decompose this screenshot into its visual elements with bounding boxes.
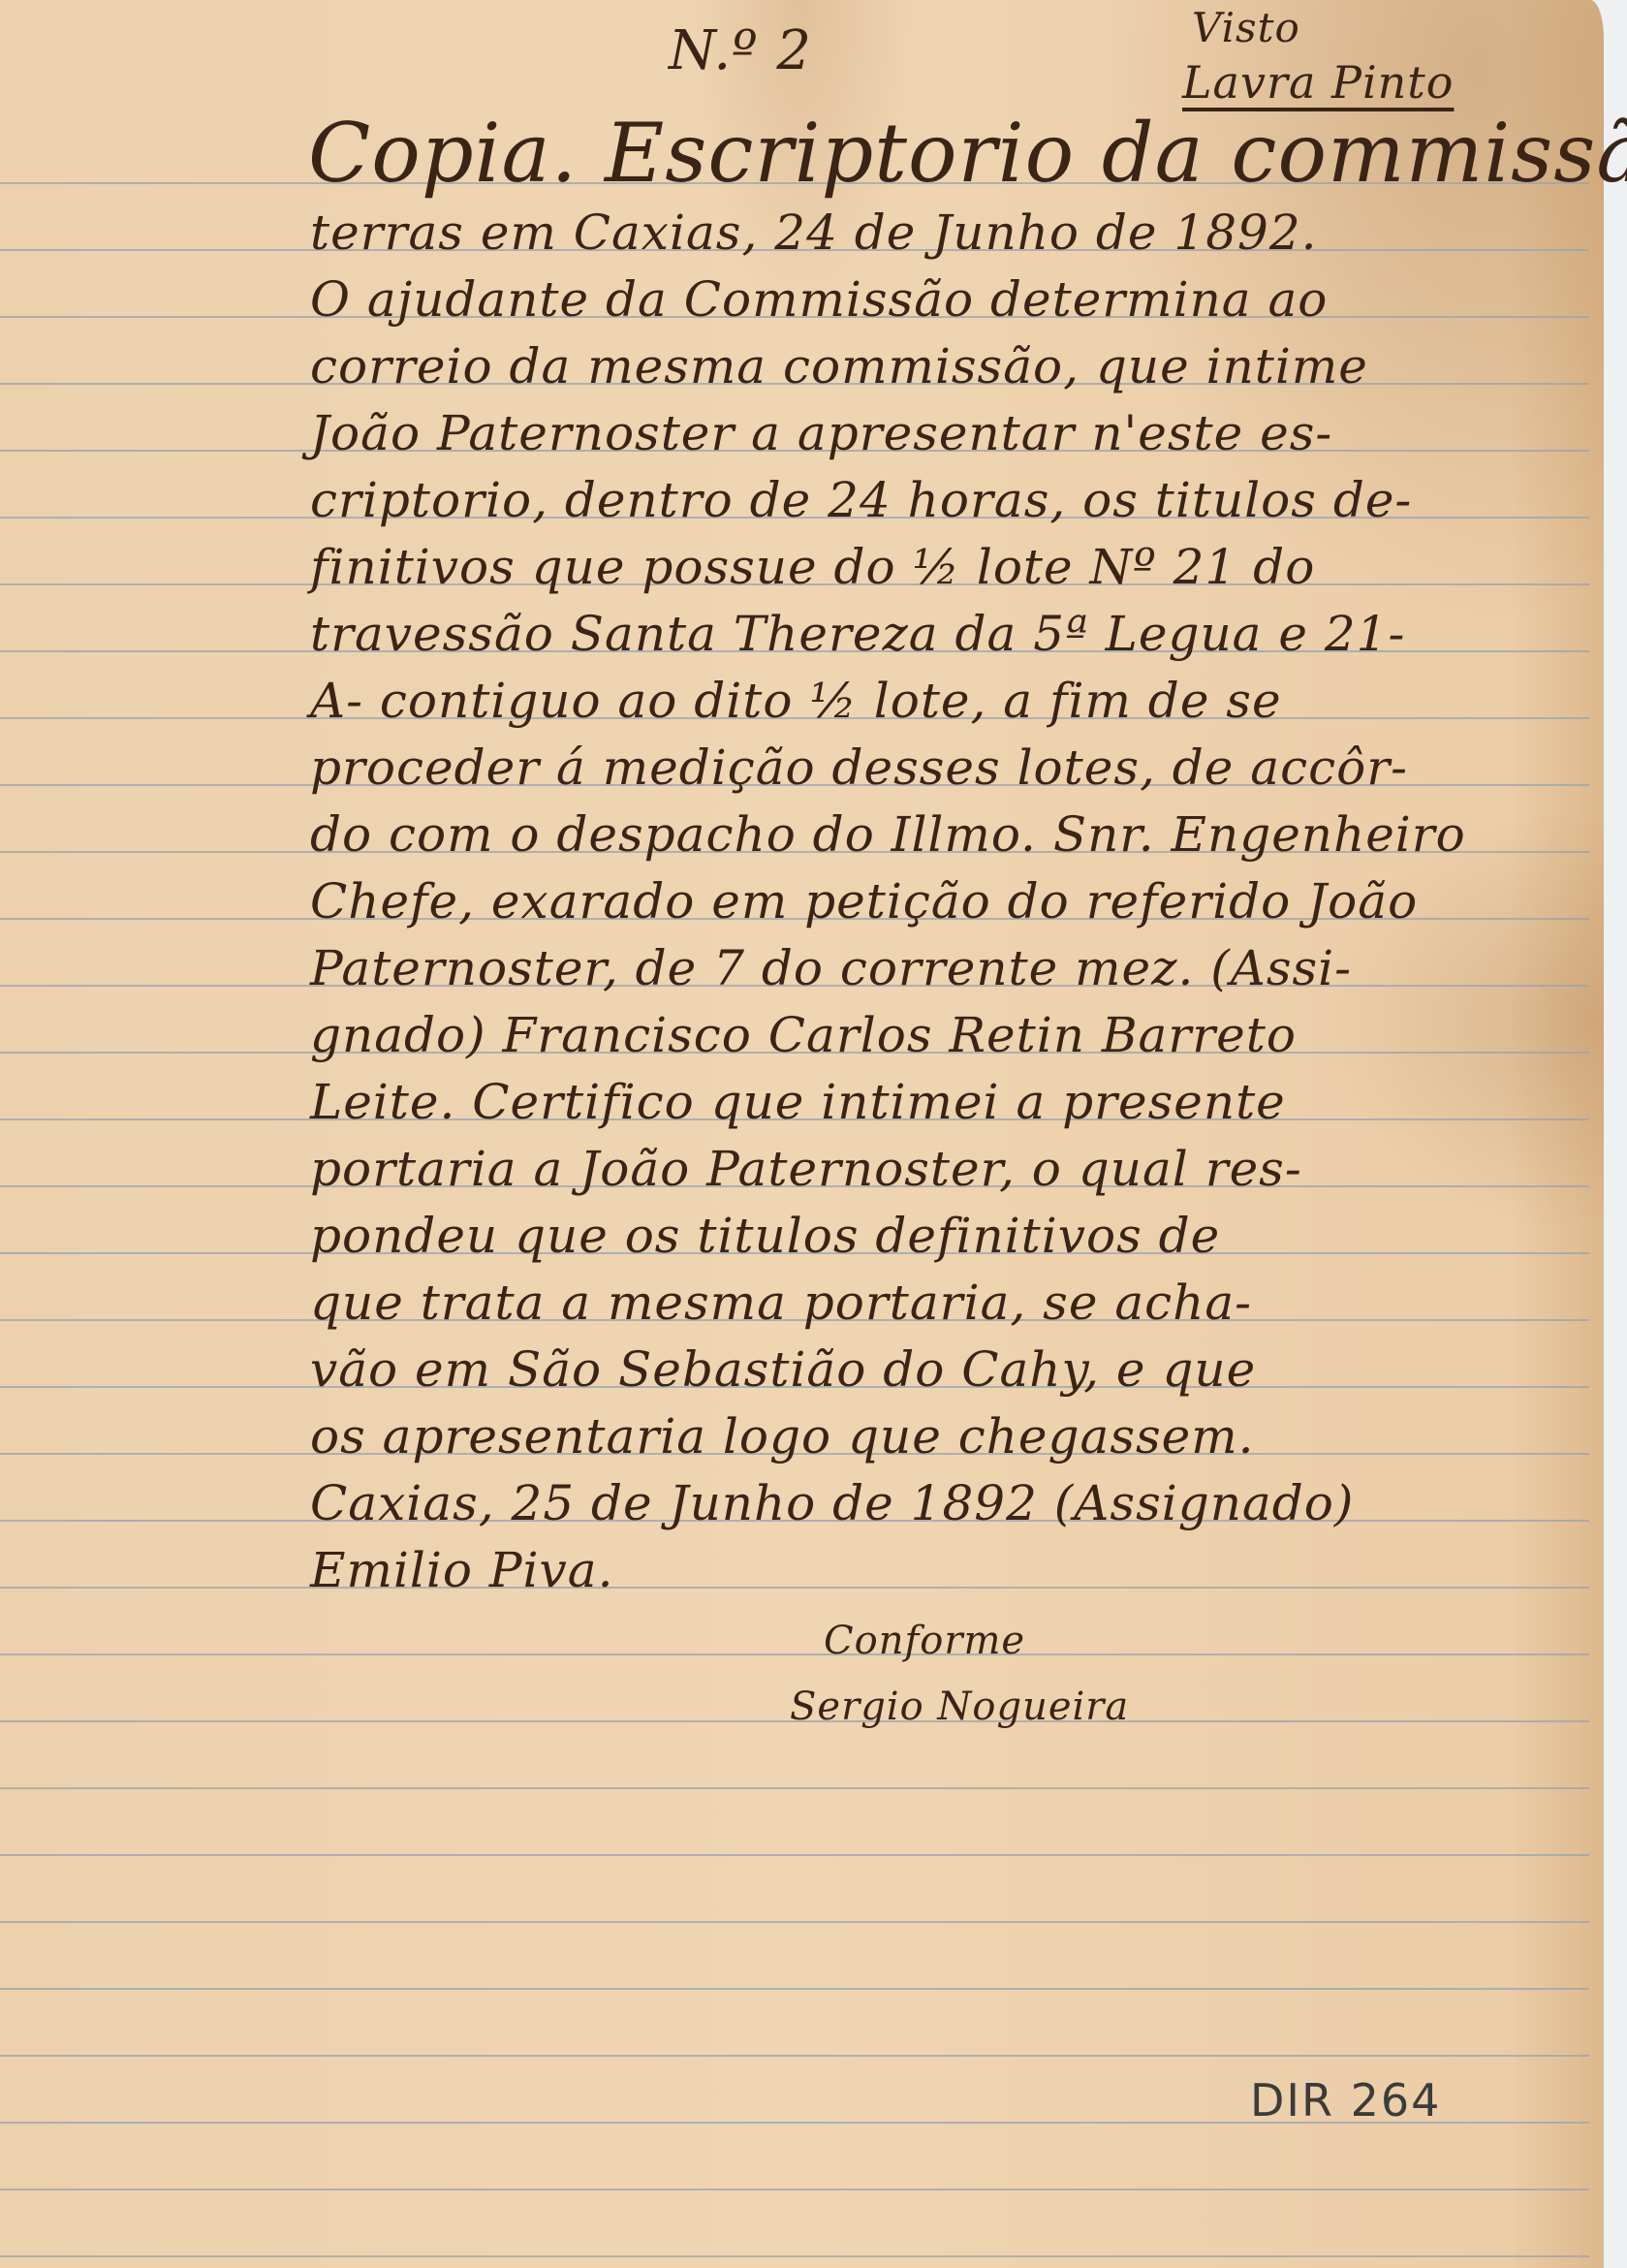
ruled-line [0,2055,1589,2057]
body-line-21: Caxias, 25 de Junho de 1892 (Assignado) [310,1474,1354,1532]
ruled-line [0,2189,1589,2190]
ruled-line [0,1854,1589,1856]
manuscript-page: N.º 2 Visto Lavra Pinto Copia. Escriptor… [0,0,1604,2268]
body-line-18: que trata a mesma portaria, se acha- [310,1274,1252,1332]
ruled-line [0,1587,1589,1589]
body-line-1: Copia. Escriptorio da commissão de [308,124,1627,182]
body-line-4: correio da mesma commissão, que intime [310,337,1368,395]
body-line-16: portaria a João Paternoster, o qual res- [310,1140,1302,1198]
body-line-9: A- contiguo ao dito ½ lote, a fim de se [310,672,1282,730]
body-line-19: vão em São Sebastião do Cahy, e que [310,1340,1256,1399]
body-line-22: Emilio Piva. [310,1541,613,1599]
ruled-line [0,1654,1589,1655]
conforme-note: Conforme [824,1619,1025,1663]
ruled-line [0,1921,1589,1923]
approval-signature: Lavra Pinto [1182,56,1454,109]
signature-sergio-nogueira: Sergio Nogueira [790,1685,1129,1729]
body-line-13: Paternoster, de 7 do corrente mez. (Assi… [310,939,1352,997]
body-line-14: gnado) Francisco Carlos Retin Barreto [310,1006,1297,1064]
body-line-15: Leite. Certifico que intimei a presente [310,1073,1286,1131]
body-line-17: pondeu que os titulos definitivos de [310,1207,1220,1265]
body-line-2: terras em Caxias, 24 de Junho de 1892. [310,204,1318,262]
archive-code-pencil: DIR 264 [1250,2074,1441,2126]
approval-word: Visto [1192,4,1300,51]
document-number: N.º 2 [669,19,812,82]
body-line-7: finitivos que possue do ½ lote Nº 21 do [310,538,1315,596]
body-line-12: Chefe, exarado em petição do referido Jo… [310,872,1418,930]
body-line-11: do com o despacho do Illmo. Snr. Engenhe… [310,805,1466,864]
ruled-line [0,1988,1589,1990]
body-line-3: O ajudante da Commissão determina ao [310,270,1328,329]
body-line-5: João Paternoster a apresentar n'este es- [310,404,1332,462]
body-line-8: travessão Santa Thereza da 5ª Legua e 21… [310,605,1405,663]
body-line-10: proceder á medição desses lotes, de accô… [310,739,1408,797]
ruled-line [0,2255,1589,2257]
ruled-line [0,1787,1589,1789]
body-line-6: criptorio, dentro de 24 horas, os titulo… [310,471,1412,529]
body-line-20: os apresentaria logo que chegassem. [310,1407,1255,1465]
